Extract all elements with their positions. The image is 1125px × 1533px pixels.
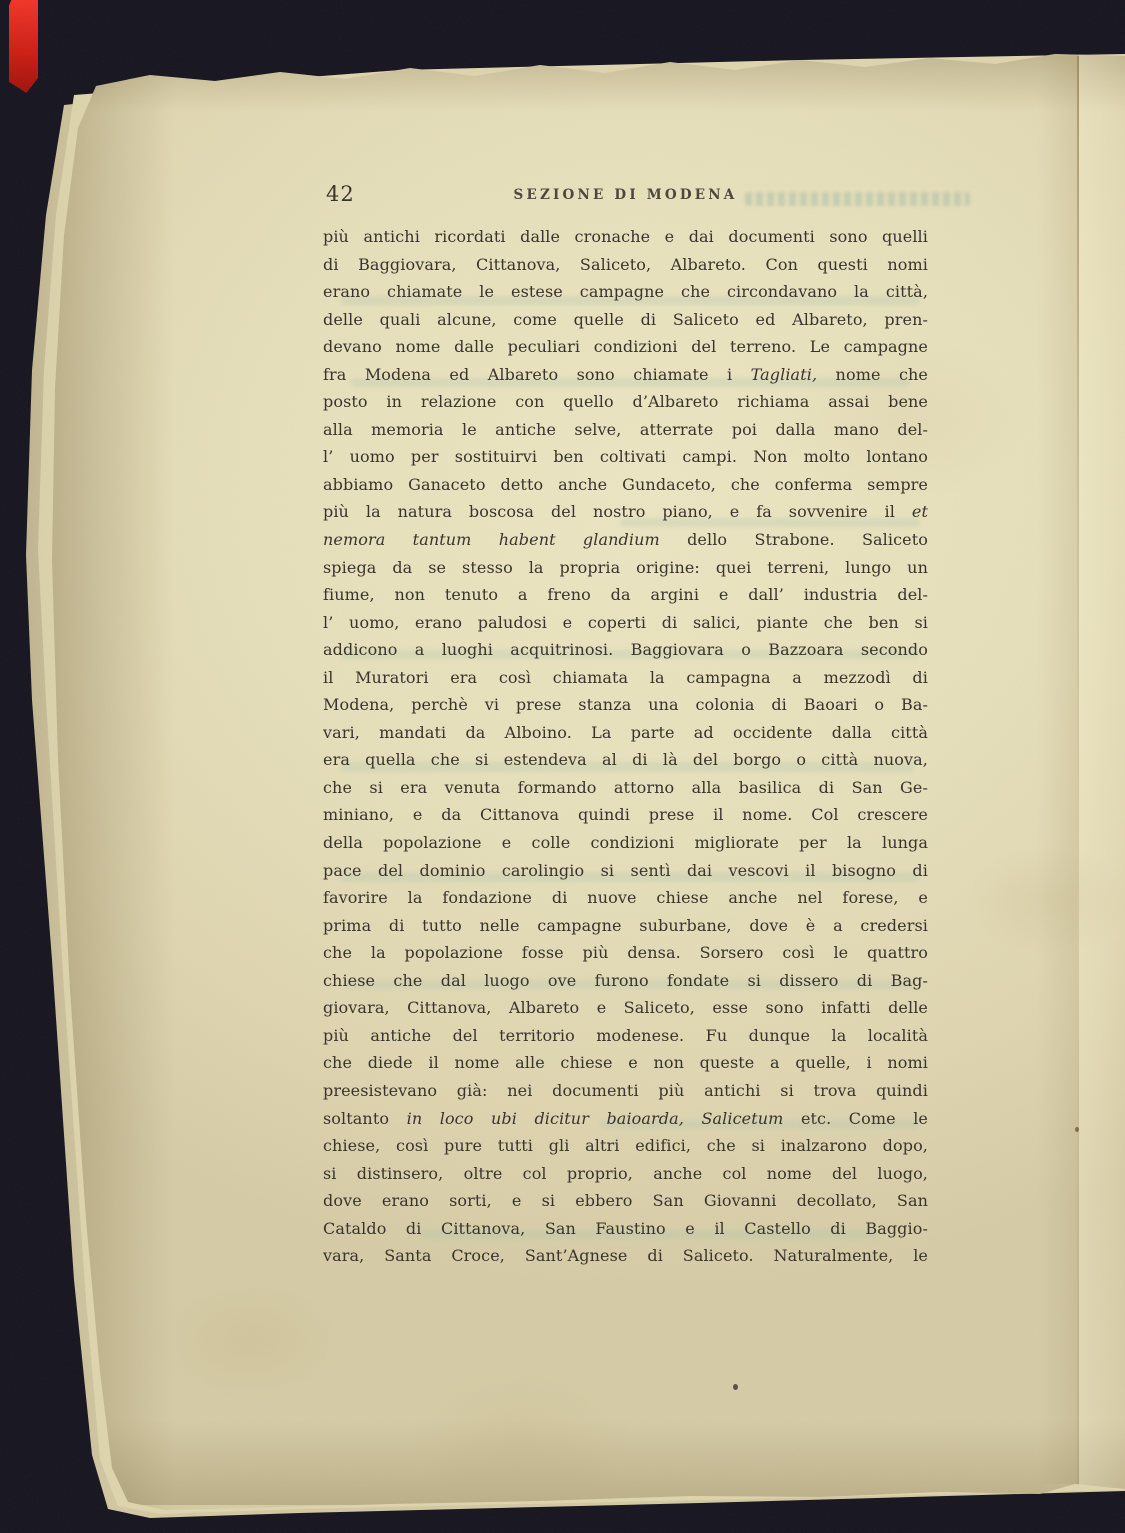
text-line: abbiamo Ganaceto detto anche Gundaceto, … (323, 471, 928, 499)
text-line: l’ uomo, erano paludosi e coperti di sal… (323, 609, 928, 637)
text-line: l’ uomo per sostituirvi ben coltivati ca… (323, 443, 928, 471)
paper-speck (1075, 1127, 1079, 1132)
text-line: chiese che dal luogo ove furono fondate … (323, 967, 928, 995)
text-line: alla memoria le antiche selve, atterrate… (323, 416, 928, 444)
text-line: che si era venuta formando attorno alla … (323, 774, 928, 802)
book-page: 42 SEZIONE DI MODENA più antichi ricorda… (0, 0, 1125, 1533)
text-line: preesistevano già: nei documenti più ant… (323, 1077, 928, 1105)
text-line: miniano, e da Cittanova quindi prese il … (323, 801, 928, 829)
ink-speck (733, 1384, 738, 1390)
text-line: era quella che si estendeva al di là del… (323, 746, 928, 774)
text-line: spiega da se stesso la propria origine: … (323, 554, 928, 582)
text-line: posto in relazione con quello d’Albareto… (323, 388, 928, 416)
running-header: SEZIONE DI MODENA (323, 187, 928, 203)
red-mark (9, 0, 38, 93)
text-line: Modena, perchè vi prese stanza una colon… (323, 691, 928, 719)
text-line: si distinsero, oltre col proprio, anche … (323, 1160, 928, 1188)
text-line: più antiche del territorio modenese. Fu … (323, 1022, 928, 1050)
body-text: più antichi ricordati dalle cronache e d… (323, 223, 928, 1270)
text-line: Cataldo di Cittanova, San Faustino e il … (323, 1215, 928, 1243)
text-line: nemora tantum habent glandium dello Stra… (323, 526, 928, 554)
text-line: devano nome dalle peculiari condizioni d… (323, 333, 928, 361)
text-line: erano chiamate le estese campagne che ci… (323, 278, 928, 306)
text-line: giovara, Cittanova, Albareto e Saliceto,… (323, 994, 928, 1022)
text-line: il Muratori era così chiamata la campagn… (323, 664, 928, 692)
text-line: prima di tutto nelle campagne suburbane,… (323, 912, 928, 940)
text-line: più antichi ricordati dalle cronache e d… (323, 223, 928, 251)
text-line: favorire la fondazione di nuove chiese a… (323, 884, 928, 912)
text-line: più la natura boscosa del nostro piano, … (323, 498, 928, 526)
text-line: vari, mandati da Alboino. La parte ad oc… (323, 719, 928, 747)
text-line: di Baggiovara, Cittanova, Saliceto, Alba… (323, 251, 928, 279)
text-line: dove erano sorti, e si ebbero San Giovan… (323, 1187, 928, 1215)
text-line: che la popolazione fosse più densa. Sors… (323, 939, 928, 967)
text-line: fiume, non tenuto a freno da argini e da… (323, 581, 928, 609)
text-line: delle quali alcune, come quelle di Salic… (323, 306, 928, 334)
text-line: chiese, così pure tutti gli altri edific… (323, 1132, 928, 1160)
text-line: che diede il nome alle chiese e non ques… (323, 1049, 928, 1077)
scanned-book-photo: { "page": { "number": "42", "running_hea… (0, 0, 1125, 1533)
text-line: vara, Santa Croce, Sant’Agnese di Salice… (323, 1242, 928, 1270)
text-line: addicono a luoghi acquitrinosi. Baggiova… (323, 636, 928, 664)
text-line: della popolazione e colle condizioni mig… (323, 829, 928, 857)
text-line: fra Modena ed Albareto sono chiamate i T… (323, 361, 928, 389)
text-line: soltanto in loco ubi dicitur baioarda, S… (323, 1105, 928, 1133)
text-line: pace del dominio carolingio si sentì dai… (323, 857, 928, 885)
